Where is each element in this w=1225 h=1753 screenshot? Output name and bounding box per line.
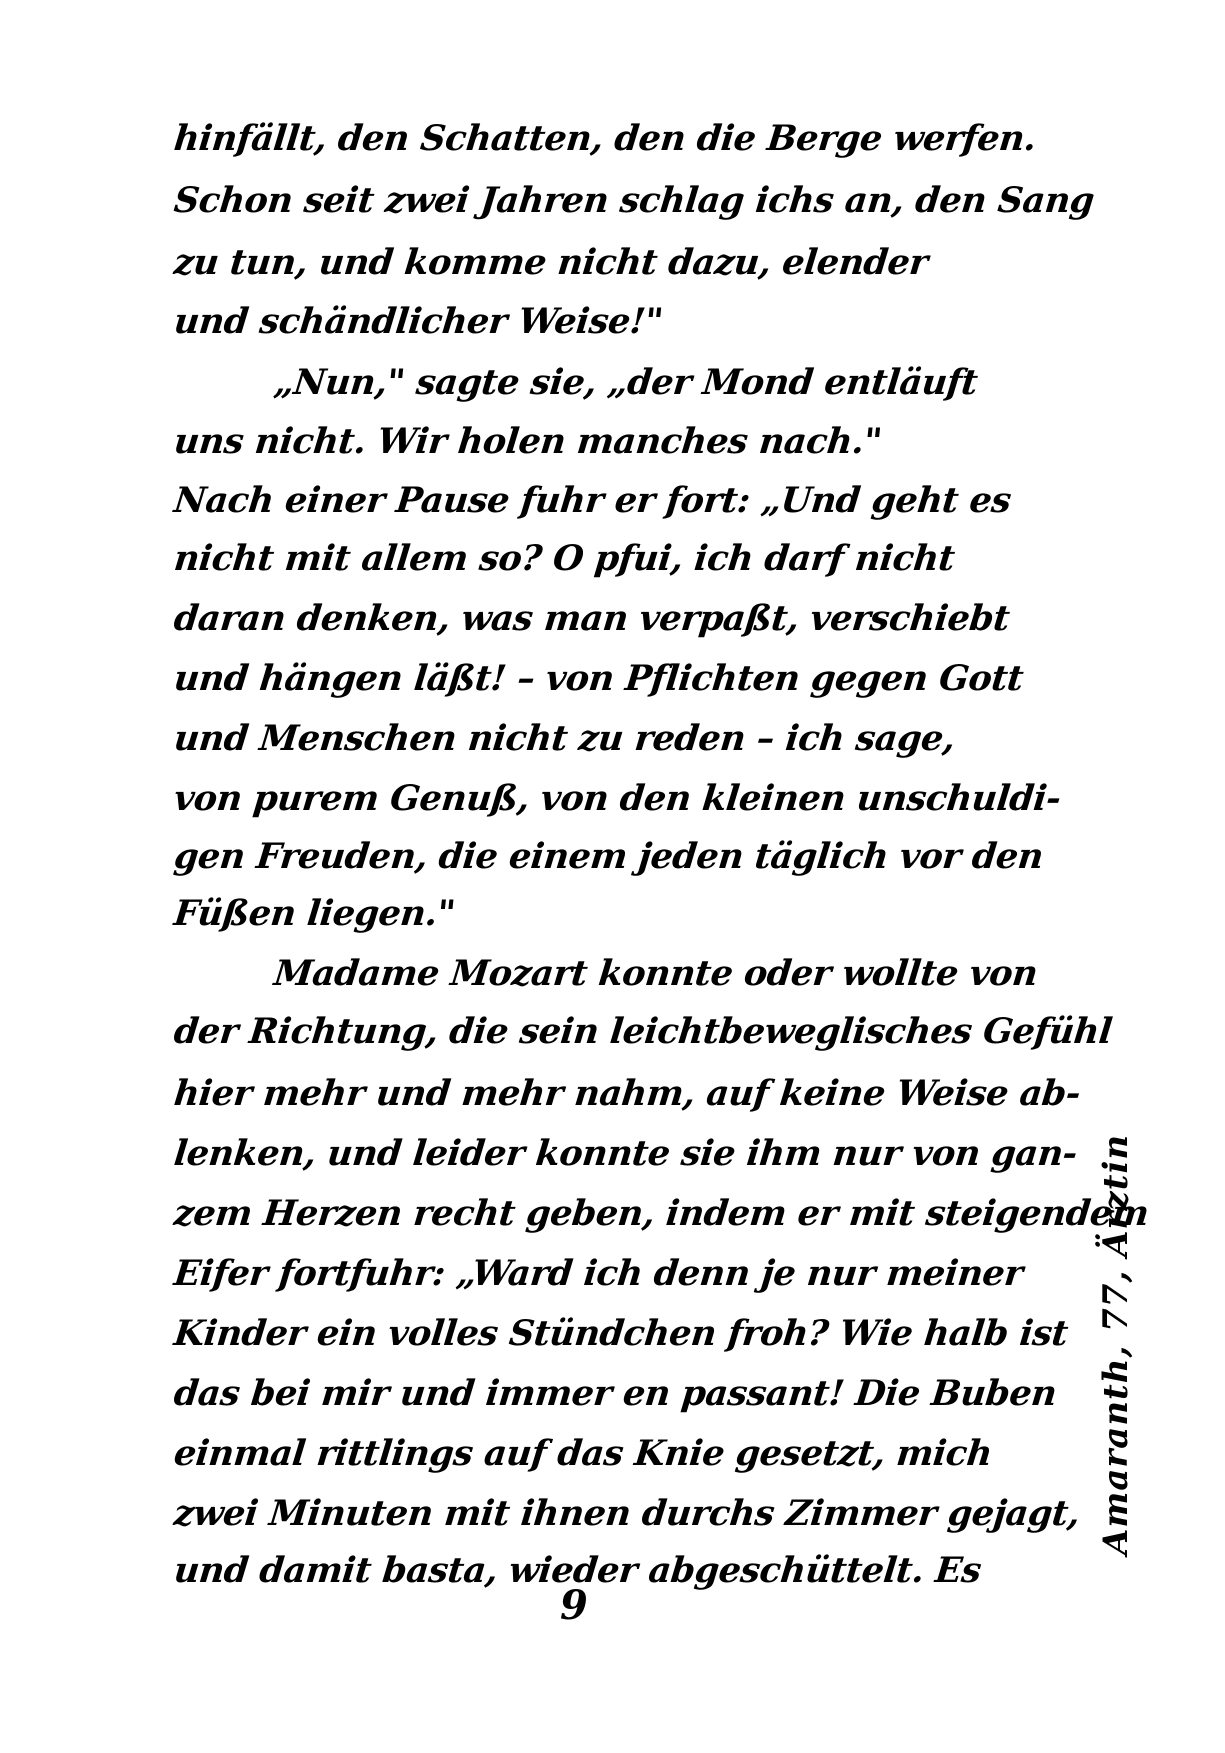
text-line: nicht mit allem so? O pfui, ich darf nic… [172, 538, 956, 579]
manuscript-page: hinfällt, den Schatten, den die Berge we… [0, 0, 1225, 1753]
text-line: zem Herzen recht geben, indem er mit ste… [172, 1193, 1151, 1234]
page-number: 9 [560, 1582, 588, 1629]
text-line: daran denken, was man verpaßt, verschieb… [172, 598, 1011, 639]
text-line: Kinder ein volles Stündchen froh? Wie ha… [172, 1313, 1070, 1354]
text-line: Füßen liegen." [172, 893, 457, 934]
text-line: und hängen läßt! – von Pflichten gegen G… [172, 658, 1025, 699]
text-line: und schändlicher Weise!" [172, 301, 665, 342]
text-line: Madame Mozart konnte oder wollte von [272, 953, 1039, 994]
text-line: Schon seit zwei Jahren schlag ichs an, d… [172, 180, 1096, 221]
text-line: einmal rittlings auf das Knie gesetzt, m… [172, 1433, 994, 1474]
text-line: Nach einer Pause fuhr er fort: „Und geht… [172, 480, 1013, 521]
text-line: Eifer fortfuhr: „Ward ich denn je nur me… [172, 1253, 1025, 1294]
text-line: zwei Minuten mit ihnen durchs Zimmer gej… [172, 1493, 1082, 1534]
text-line: und Menschen nicht zu reden – ich sage, [172, 718, 957, 759]
text-line: das bei mir und immer en passant! Die Bu… [172, 1373, 1058, 1414]
text-line: zu tun, und komme nicht dazu, elender [172, 242, 930, 283]
text-line: uns nicht. Wir holen manches nach." [172, 421, 884, 462]
text-line: „Nun," sagte sie, „der Mond entläuft [272, 362, 979, 403]
text-line: lenken, und leider konnte sie ihm nur vo… [172, 1133, 1079, 1174]
text-line: der Richtung, die sein leichtbeweglische… [172, 1011, 1114, 1052]
text-line: hier mehr und mehr nahm, auf keine Weise… [172, 1073, 1082, 1114]
margin-annotation: Amaranth, 77, Ärztin [1096, 1134, 1136, 1555]
text-line: von purem Genuß, von den kleinen unschul… [172, 778, 1063, 819]
text-line: hinfällt, den Schatten, den die Berge we… [172, 118, 1038, 159]
text-line: gen Freuden, die einem jeden täglich vor… [172, 836, 1045, 877]
